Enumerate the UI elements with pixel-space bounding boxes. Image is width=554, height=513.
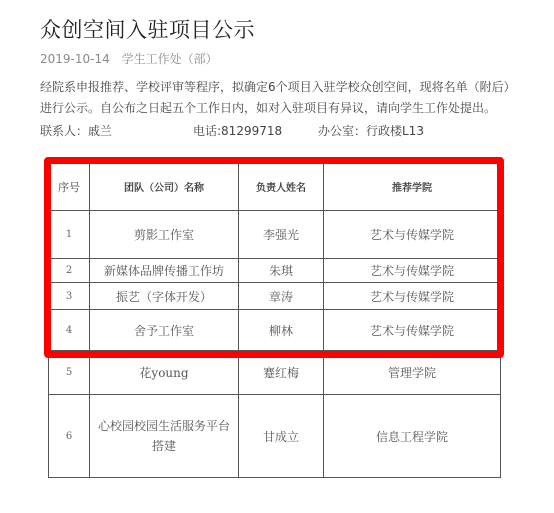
- cell-leader: 甘成立: [239, 395, 324, 478]
- contact-office: 办公室：行政楼L13: [318, 122, 424, 139]
- cell-no: 5: [49, 351, 90, 395]
- header-leader: 负责人姓名: [239, 163, 324, 211]
- publish-date: 2019-10-14: [40, 52, 110, 66]
- cell-no: 3: [49, 283, 90, 310]
- cell-team: 剪影工作室: [90, 211, 239, 259]
- announcement-paragraph: 经院系申报推荐、学校评审等程序，拟确定6个项目入驻学校众创空间，现将名单（附后）…: [40, 77, 510, 119]
- article-meta: 2019-10-14 学生工作处（部）: [40, 50, 226, 67]
- cell-leader: 蹇红梅: [239, 351, 324, 395]
- table-row: 5 花young 蹇红梅 管理学院: [49, 351, 501, 395]
- cell-college: 艺术与传媒学院: [324, 310, 501, 351]
- header-seq: 序号: [49, 163, 90, 211]
- cell-college: 信息工程学院: [324, 395, 501, 478]
- cell-leader: 李强光: [239, 211, 324, 259]
- table-header-row: 序号 团队（公司）名称 负责人姓名 推荐学院: [49, 163, 501, 211]
- cell-team: 新媒体品牌传播工作坊: [90, 259, 239, 283]
- cell-no: 2: [49, 259, 90, 283]
- header-team: 团队（公司）名称: [90, 163, 239, 211]
- cell-no: 4: [49, 310, 90, 351]
- contact-person: 联系人：戚兰: [40, 122, 112, 139]
- cell-no: 1: [49, 211, 90, 259]
- cell-leader: 朱琪: [239, 259, 324, 283]
- cell-team: 心校园校园生活服务平台搭建: [90, 395, 239, 478]
- contact-phone: 电话:81299718: [193, 122, 282, 139]
- publish-department: 学生工作处（部）: [122, 52, 218, 66]
- project-table: 序号 团队（公司）名称 负责人姓名 推荐学院 1 剪影工作室 李强光 艺术与传媒…: [48, 162, 501, 478]
- table-row: 4 舍予工作室 柳林 艺术与传媒学院: [49, 310, 501, 351]
- cell-college: 管理学院: [324, 351, 501, 395]
- cell-college: 艺术与传媒学院: [324, 259, 501, 283]
- table-row: 6 心校园校园生活服务平台搭建 甘成立 信息工程学院: [49, 395, 501, 478]
- cell-no: 6: [49, 395, 90, 478]
- header-college: 推荐学院: [324, 163, 501, 211]
- table-row: 2 新媒体品牌传播工作坊 朱琪 艺术与传媒学院: [49, 259, 501, 283]
- cell-leader: 柳林: [239, 310, 324, 351]
- cell-team: 振艺（字体开发）: [90, 283, 239, 310]
- cell-college: 艺术与传媒学院: [324, 283, 501, 310]
- table-row: 3 振艺（字体开发） 章涛 艺术与传媒学院: [49, 283, 501, 310]
- cell-college: 艺术与传媒学院: [324, 211, 501, 259]
- table-row: 1 剪影工作室 李强光 艺术与传媒学院: [49, 211, 501, 259]
- article-title: 众创空间入驻项目公示: [40, 14, 255, 44]
- cell-team: 舍予工作室: [90, 310, 239, 351]
- cell-leader: 章涛: [239, 283, 324, 310]
- cell-team: 花young: [90, 351, 239, 395]
